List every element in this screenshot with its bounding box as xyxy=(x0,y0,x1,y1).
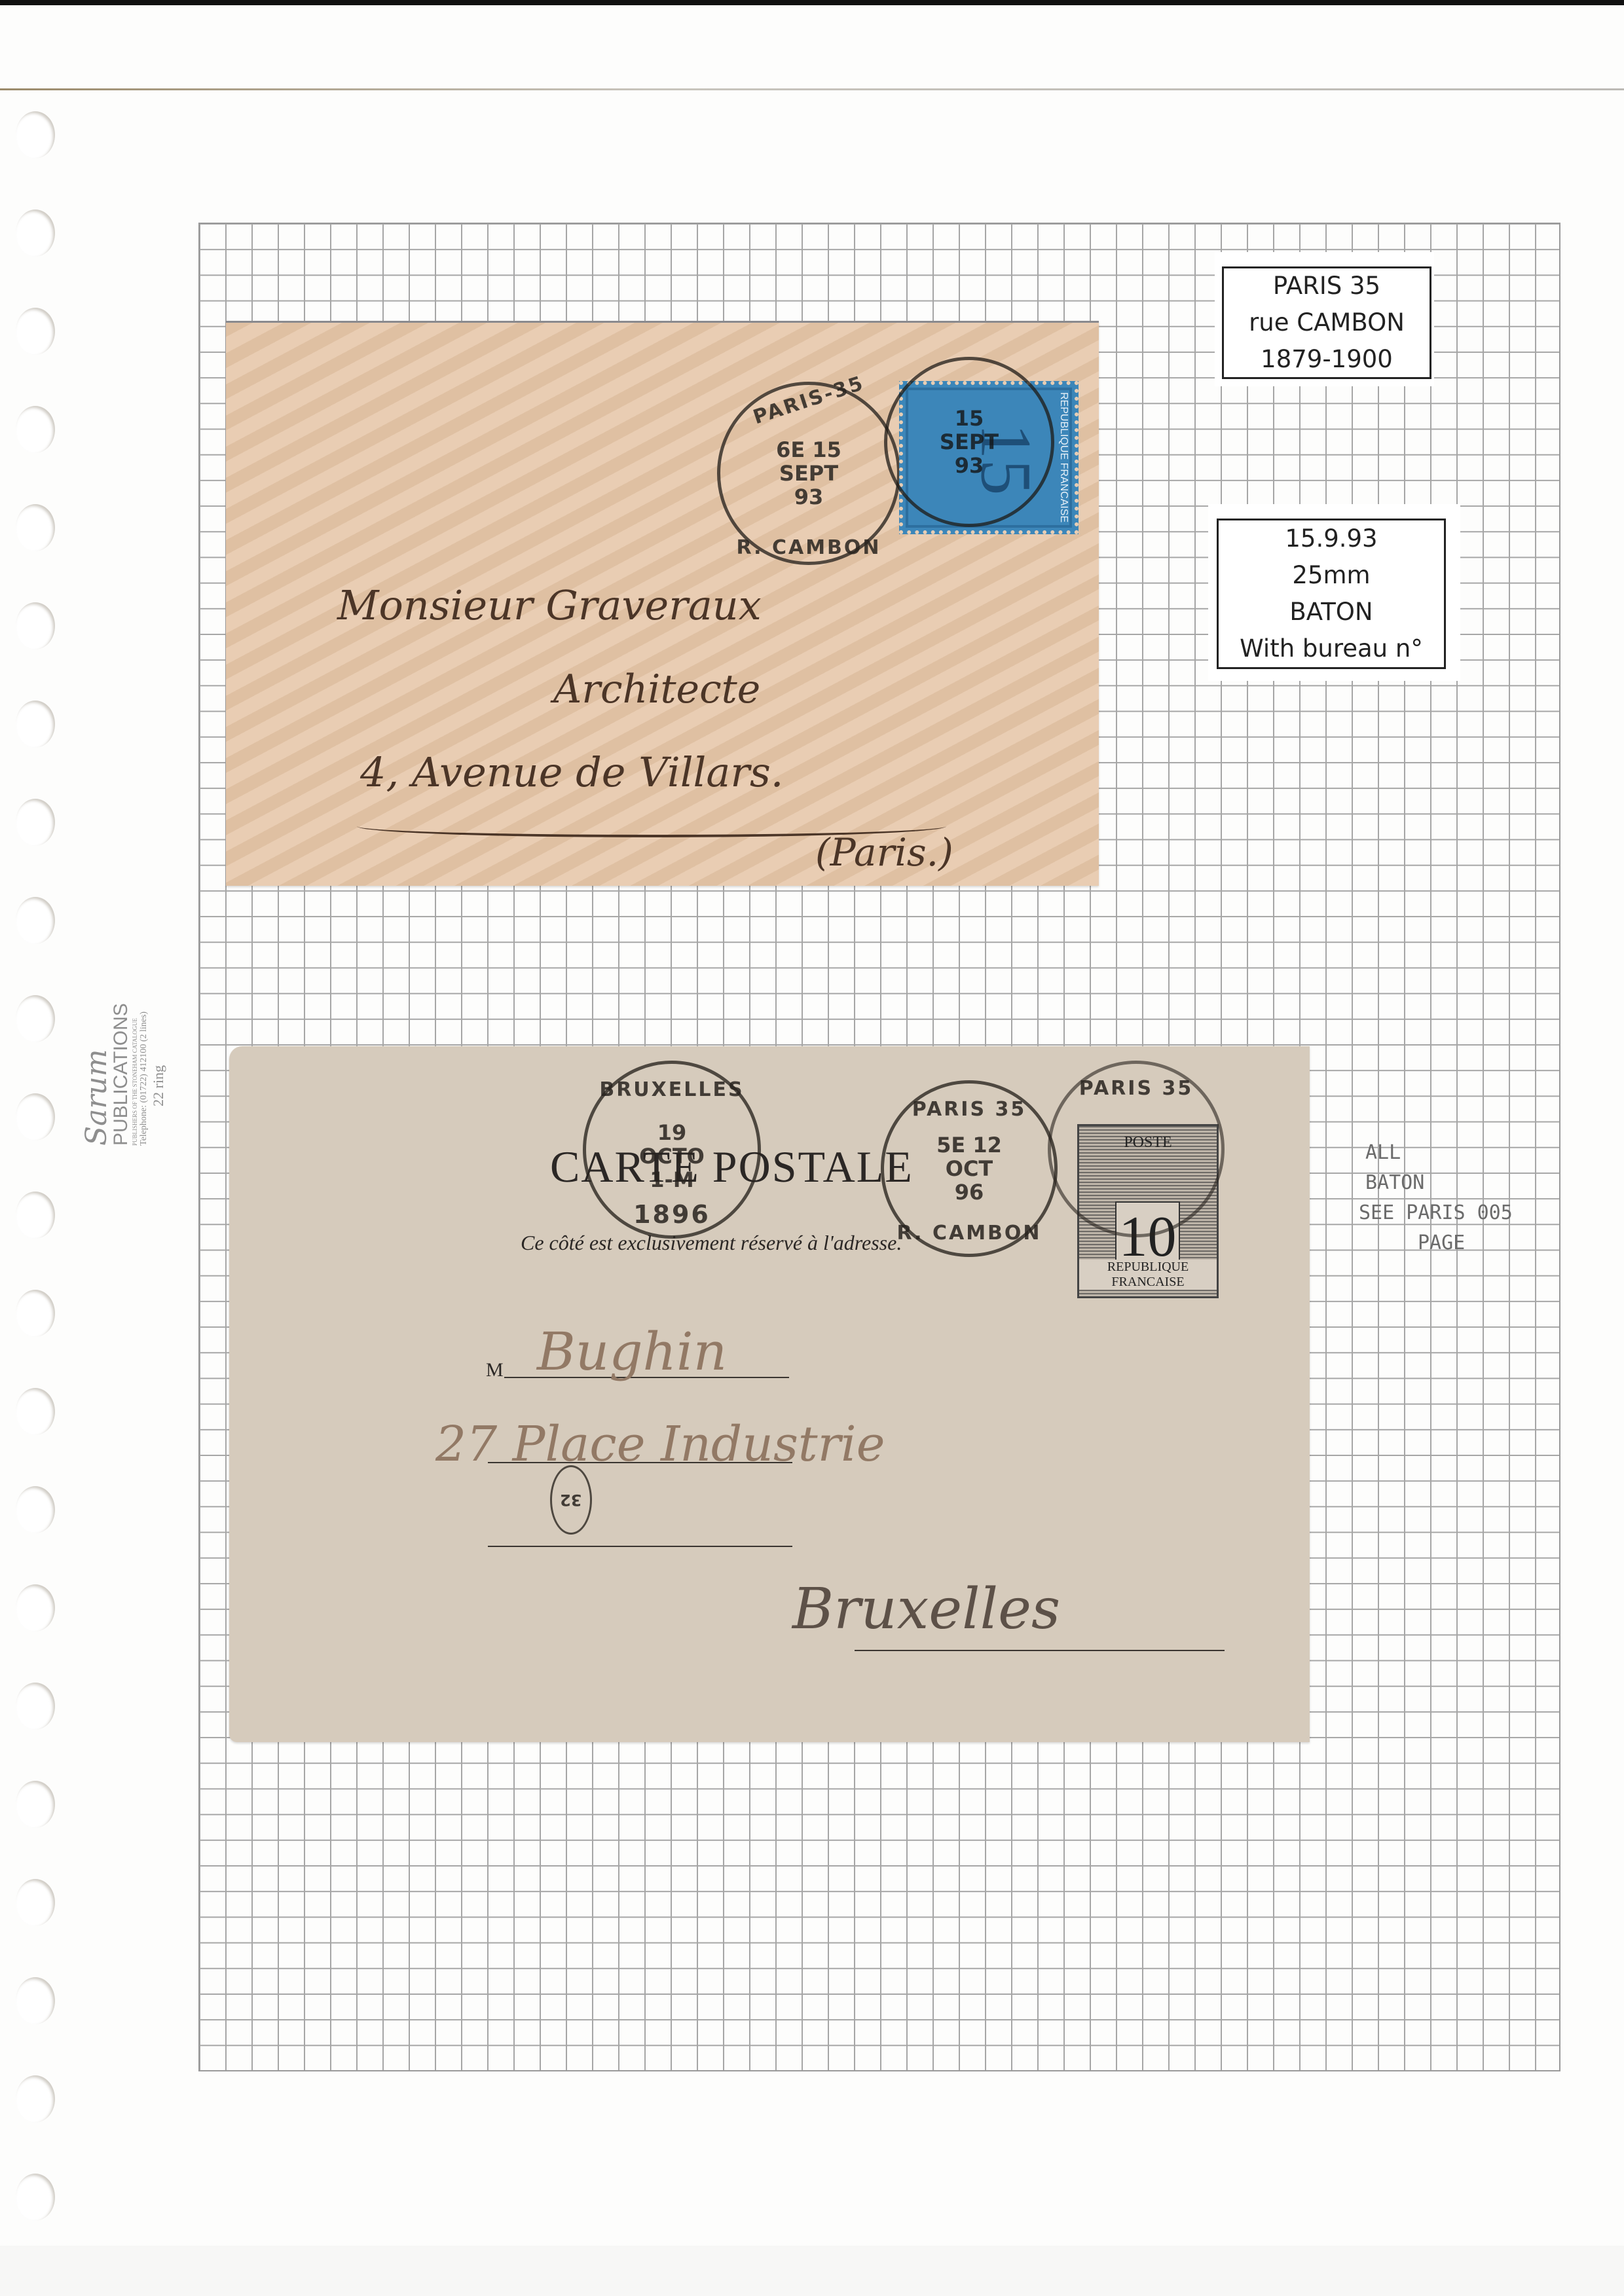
postmark-year-2: 93 xyxy=(940,454,999,477)
postmark-day: 15 xyxy=(812,437,841,462)
binder-hole xyxy=(16,1486,55,1533)
binder-hole xyxy=(16,2075,55,2123)
publisher-name: PUBLICATIONS xyxy=(111,962,131,1146)
binder-hole xyxy=(16,1290,55,1337)
postcard-subtitle: Ce côté est exclusivement réservé à l'ad… xyxy=(521,1231,902,1255)
postmark-top-text: PARIS-35 xyxy=(750,372,868,429)
postmark-year: 93 xyxy=(776,485,841,509)
binder-hole xyxy=(16,111,55,158)
publisher-brand: Sarum xyxy=(83,962,111,1146)
binder-hole xyxy=(16,897,55,944)
brussels-month: OCTO xyxy=(639,1144,705,1168)
binder-hole xyxy=(16,1879,55,1926)
address-line-3: 4, Avenue de Villars. xyxy=(360,748,784,796)
heading-label: PARIS 35 rue CAMBON 1879-1900 xyxy=(1222,266,1431,379)
binder-hole xyxy=(16,1683,55,1730)
postcard-address-line-2: 27 Place Industrie xyxy=(435,1416,885,1472)
binder-hole xyxy=(16,1192,55,1239)
postcard-address-line-3: Bruxelles xyxy=(792,1576,1060,1642)
scan-bottom-edge xyxy=(0,2246,1624,2296)
binder-hole xyxy=(16,210,55,257)
paris-year: 96 xyxy=(936,1180,1002,1204)
postcard-address-line-1: Bughin xyxy=(537,1321,727,1382)
publisher-logo: Sarum PUBLICATIONS PUBLISHERS OF THE STO… xyxy=(83,962,187,1146)
binder-hole xyxy=(16,602,55,649)
binder-hole xyxy=(16,1584,55,1631)
publisher-tagline: PUBLISHERS OF THE STONEHAM CATALOGUE xyxy=(131,962,139,1146)
binder-hole xyxy=(16,701,55,748)
pencil-line-1: ALL xyxy=(1359,1138,1513,1168)
paris-month: OCT xyxy=(936,1157,1002,1180)
binder-hole xyxy=(16,799,55,846)
pencil-line-3: SEE PARIS 005 xyxy=(1359,1198,1513,1228)
binder-hole xyxy=(16,2174,55,2221)
postmark-month: SEPT xyxy=(776,462,841,485)
postmark-paris-35-on-stamp-2: PARIS 35 xyxy=(1048,1061,1225,1237)
note-line-2: 25mm xyxy=(1292,557,1370,594)
heading-line-1: PARIS 35 xyxy=(1273,268,1380,304)
binder-hole xyxy=(16,504,55,551)
pencil-line-4: PAGE xyxy=(1359,1228,1513,1258)
stamp-country-rf: REPUBLIQUE FRANCAISE xyxy=(1079,1260,1217,1290)
binder-hole xyxy=(16,406,55,453)
binder-hole xyxy=(16,1388,55,1435)
postmark-paris-35-on-stamp: 15 SEPT 93 xyxy=(884,357,1054,527)
note-line-4: With bureau n° xyxy=(1240,630,1423,667)
ring-size: 22 ring xyxy=(149,962,168,1146)
paris-day: 12 xyxy=(972,1133,1002,1157)
postmark-bruxelles: BRUXELLES 19 OCTO 1-M 1896 xyxy=(583,1061,761,1239)
brussels-town: BRUXELLES xyxy=(599,1078,744,1101)
brussels-time: 1-M xyxy=(639,1168,705,1192)
brussels-day: 19 xyxy=(639,1121,705,1144)
binder-hole xyxy=(16,995,55,1042)
note-line-3: BATON xyxy=(1289,594,1373,630)
binder-hole xyxy=(16,1781,55,1828)
pencil-line-2: BATON xyxy=(1359,1168,1513,1198)
address-rule-3 xyxy=(488,1546,792,1547)
address-line-2: Architecte xyxy=(553,666,760,712)
binder-hole xyxy=(16,1093,55,1140)
publisher-telephone: Telephone: (01722) 412100 (2 lines) xyxy=(139,962,149,1146)
postmark-day-2: 15 xyxy=(940,407,999,430)
pencil-annotation: ALL BATON SEE PARIS 005 PAGE xyxy=(1359,1138,1513,1258)
heading-line-3: 1879-1900 xyxy=(1261,341,1393,378)
postmark-bottom-text: R. CAMBON xyxy=(736,536,881,559)
note-line-1: 15.9.93 xyxy=(1285,520,1377,557)
postmark-paris-35-cover: PARIS-35 6E 15 SEPT 93 R. CAMBON xyxy=(717,382,900,565)
paris-town: PARIS 35 xyxy=(912,1098,1027,1121)
small-cachet-number: 32 xyxy=(560,1491,581,1509)
paris-prefix: 5E xyxy=(936,1133,965,1157)
paris-town-2: PARIS 35 xyxy=(1079,1077,1194,1100)
scan-top-edge xyxy=(0,0,1624,5)
address-line-4: (Paris.) xyxy=(815,830,953,875)
postmark-note-label: 15.9.93 25mm BATON With bureau n° xyxy=(1217,519,1446,669)
page-fold-line xyxy=(0,88,1624,90)
address-prefix-m: M xyxy=(486,1359,504,1381)
address-line-1: Monsieur Graveraux xyxy=(337,581,762,629)
postmark-paris-35-postcard: PARIS 35 5E 12 OCT 96 R. CAMBON xyxy=(881,1080,1058,1257)
binder-hole xyxy=(16,308,55,355)
small-cachet: 32 xyxy=(550,1465,592,1535)
postmark-prefix: 6E xyxy=(776,437,805,462)
address-rule-4 xyxy=(855,1650,1225,1651)
brussels-year: 1896 xyxy=(633,1200,710,1229)
stamp-country: REPUBLIQUE FRANCAISE xyxy=(1058,385,1069,530)
binder-hole xyxy=(16,1977,55,2024)
paris-office: R. CAMBON xyxy=(896,1222,1041,1245)
postmark-month-2: SEPT xyxy=(940,430,999,454)
heading-line-2: rue CAMBON xyxy=(1249,304,1405,341)
